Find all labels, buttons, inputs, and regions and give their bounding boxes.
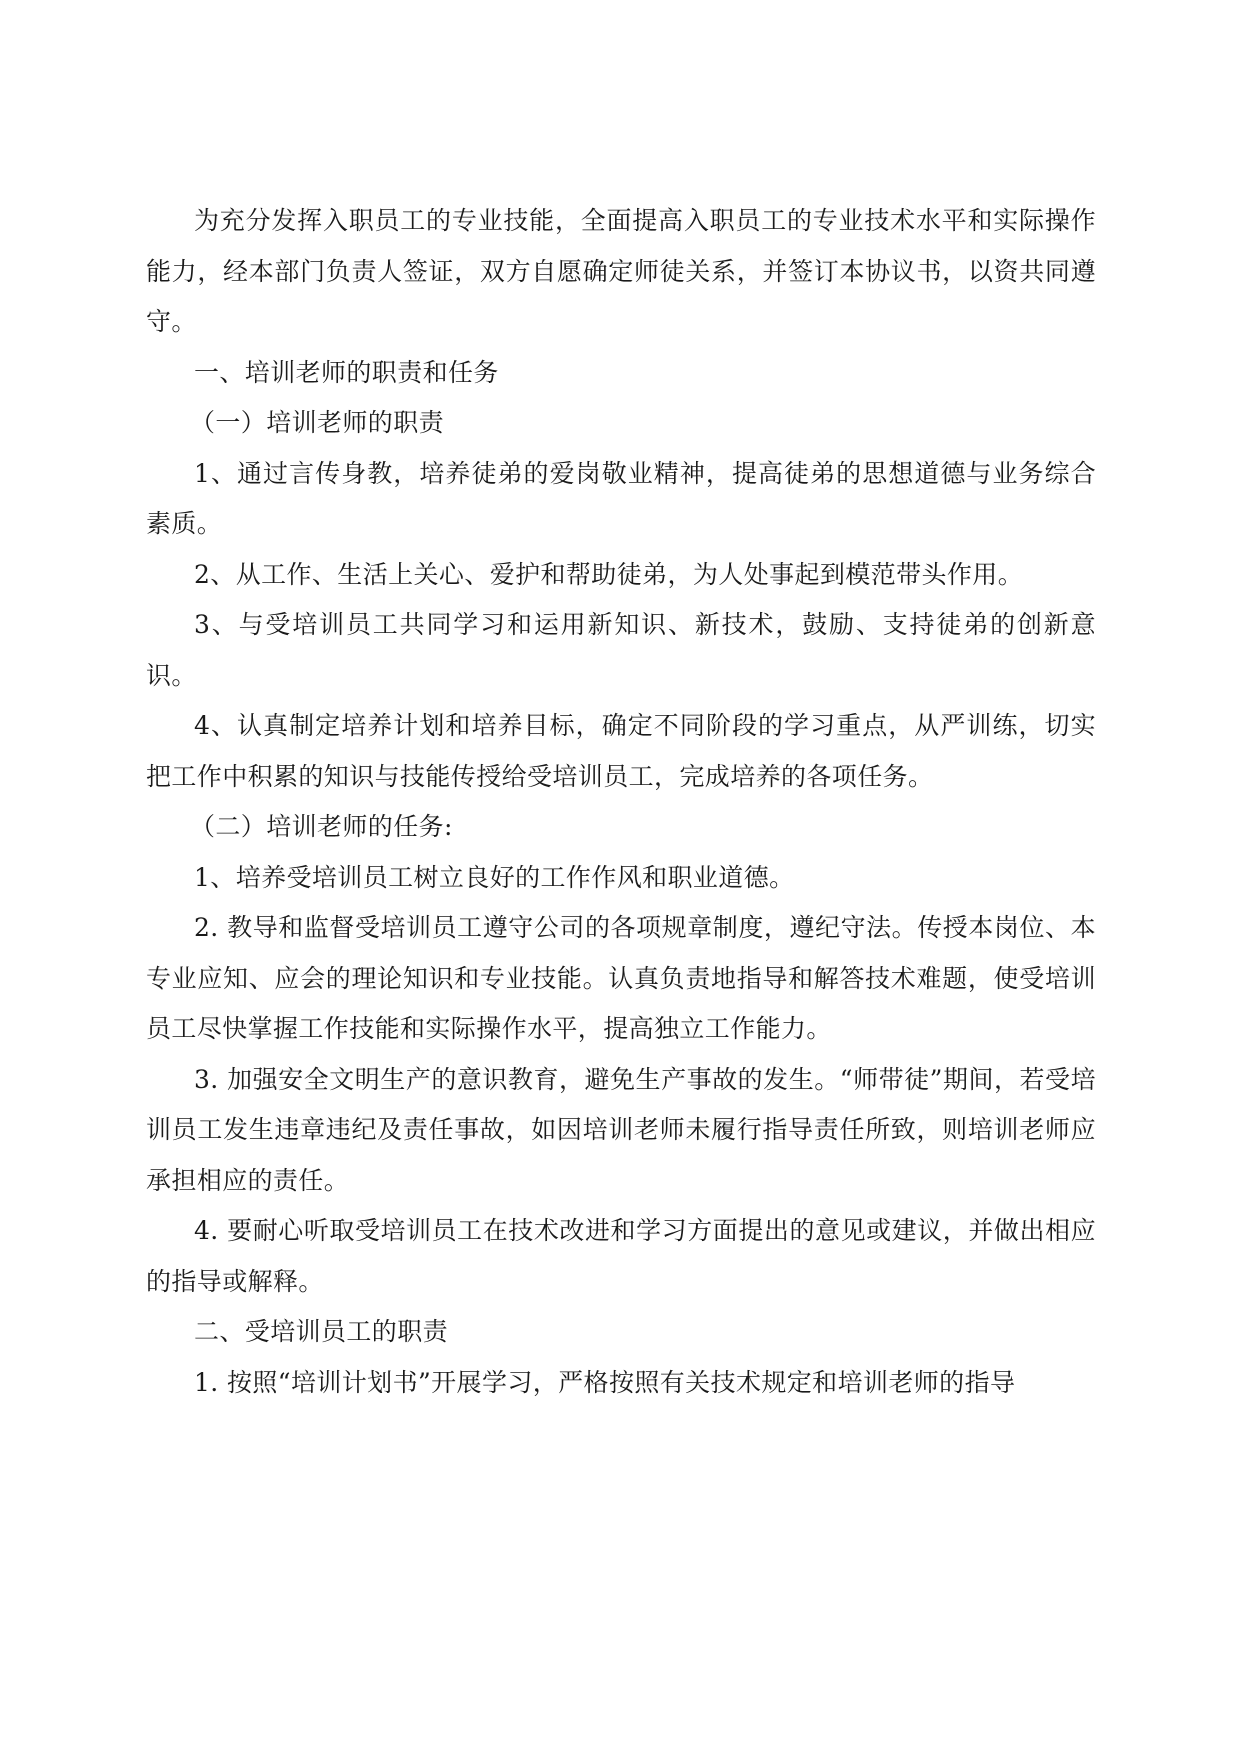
intro-paragraph: 为充分发挥入职员工的专业技能，全面提高入职员工的专业技术水平和实际操作能力，经本… [146, 196, 1096, 348]
section-2-heading: 二、受培训员工的职责 [146, 1307, 1096, 1358]
duty-item-2: 2、从工作、生活上关心、爱护和帮助徒弟，为人处事起到模范带头作用。 [146, 550, 1096, 601]
trainee-item-1: 1. 按照“培训计划书”开展学习，严格按照有关技术规定和培训老师的指导 [146, 1358, 1096, 1409]
task-item-1: 1、培养受培训员工树立良好的工作作风和职业道德。 [146, 853, 1096, 904]
duty-item-4: 4、认真制定培养计划和培养目标，确定不同阶段的学习重点，从严训练，切实把工作中积… [146, 701, 1096, 802]
task-item-4: 4. 要耐心听取受培训员工在技术改进和学习方面提出的意见或建议，并做出相应的指导… [146, 1206, 1096, 1307]
duty-item-1: 1、通过言传身教，培养徒弟的爱岗敬业精神，提高徒弟的思想道德与业务综合素质。 [146, 449, 1096, 550]
task-item-2: 2. 教导和监督受培训员工遵守公司的各项规章制度，遵纪守法。传授本岗位、本专业应… [146, 903, 1096, 1055]
subsection-2-heading: （二）培训老师的任务: [146, 802, 1096, 853]
duty-item-3: 3、与受培训员工共同学习和运用新知识、新技术，鼓励、支持徒弟的创新意识。 [146, 600, 1096, 701]
document-page: 为充分发挥入职员工的专业技能，全面提高入职员工的专业技术水平和实际操作能力，经本… [146, 196, 1096, 1408]
subsection-1-heading: （一）培训老师的职责 [146, 398, 1096, 449]
task-item-3: 3. 加强安全文明生产的意识教育，避免生产事故的发生。“师带徒”期间，若受培训员… [146, 1055, 1096, 1207]
section-1-heading: 一、培训老师的职责和任务 [146, 348, 1096, 399]
